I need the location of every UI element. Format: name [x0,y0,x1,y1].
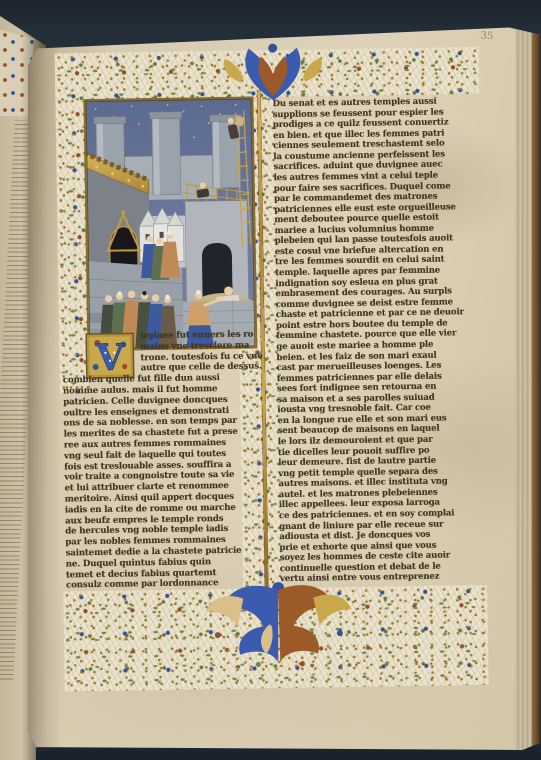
page-content: V irginee fut enuers les romains vne tre… [22,22,541,754]
folio-number: 35 [480,30,493,42]
manuscript-photo: V irginee fut enuers les romains vne tre… [0,0,541,760]
left-text-column: irginee fut enuers les romains vne tresc… [62,330,248,592]
text-line: vertu ainsi entre vous entreprenez [280,571,472,585]
acanthus-ornament-top [211,41,336,105]
right-text-column: Du senat et es autres temples aussisuppl… [272,96,472,585]
temple-construction-miniature [83,96,257,351]
manuscript-page: V irginee fut enuers les romains vne tre… [28,26,540,750]
